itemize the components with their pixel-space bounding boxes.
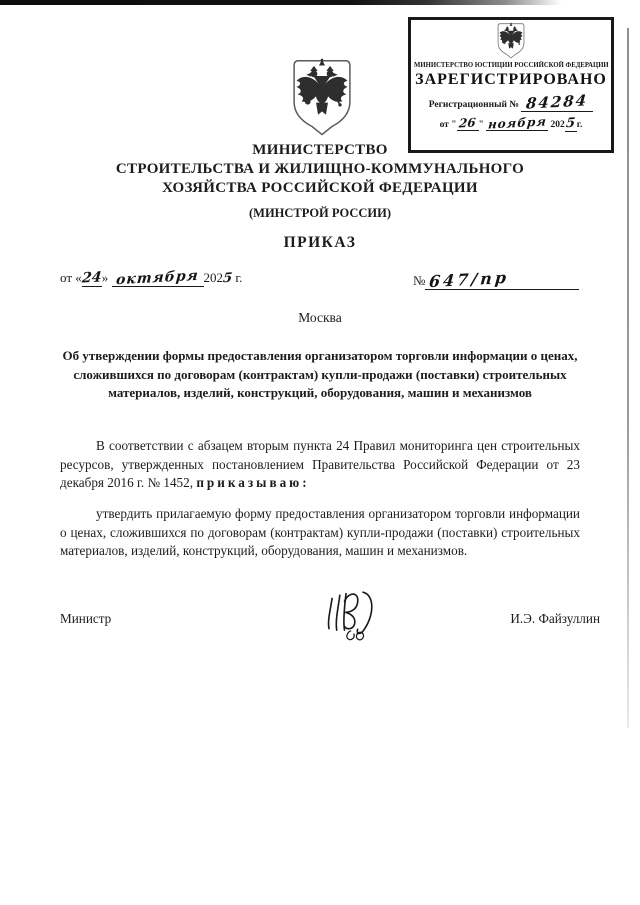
- handwritten-signature-icon: [316, 586, 390, 648]
- stamp-date-month: ноября: [487, 114, 547, 131]
- stamp-regnumber-label: Регистрационный №: [429, 100, 519, 110]
- federal-eagle-emblem-icon: [291, 56, 353, 140]
- ministry-heading: МИНИСТЕРСТВО СТРОИТЕЛЬСТВА И ЖИЛИЩНО-КОМ…: [0, 141, 640, 198]
- doc-date-close: »: [102, 270, 109, 285]
- stamp-date-month-underline: ноября: [486, 116, 548, 131]
- doc-date-month-underline: октября: [112, 270, 204, 287]
- ministry-line-2: СТРОИТЕЛЬСТВА И ЖИЛИЩНО-КОММУНАЛЬНОГО: [0, 160, 640, 179]
- stamp-registered-label: ЗАРЕГИСТРИРОВАНО: [415, 71, 607, 89]
- doc-date-suffix: г.: [235, 270, 242, 285]
- doc-date-month: октября: [115, 268, 199, 288]
- stamp-date-quote-close: ": [479, 120, 484, 130]
- ministry-short-name: (МИНСТРОЙ РОССИИ): [0, 206, 640, 221]
- scan-fold-line: [627, 28, 629, 728]
- stamp-date-suffix: г.: [577, 120, 583, 130]
- stamp-date-year-digit: 5: [566, 116, 576, 132]
- document-number: №647/пр: [413, 270, 579, 290]
- paragraph-1-order-word: приказываю:: [196, 475, 309, 490]
- doc-date-year-printed: 202: [204, 270, 224, 285]
- signer-title: Министр: [60, 611, 111, 627]
- stamp-agency-name: МИНИСТЕРСТВО ЮСТИЦИИ РОССИЙСКОЙ ФЕДЕРАЦИ…: [414, 61, 609, 69]
- body-paragraph-1: В соответствии с абзацем вторым пункта 2…: [60, 437, 580, 493]
- stamp-date-line: от "26" ноября 2025г.: [440, 116, 583, 132]
- ministry-line-3: ХОЗЯЙСТВА РОССИЙСКОЙ ФЕДЕРАЦИИ: [0, 179, 640, 198]
- paragraph-1-text: В соответствии с абзацем вторым пункта 2…: [60, 438, 580, 490]
- document-subject: Об утверждении формы предоставления орга…: [47, 347, 593, 403]
- doc-number-label: №: [413, 273, 425, 288]
- justice-registration-stamp: МИНИСТЕРСТВО ЮСТИЦИИ РОССИЙСКОЙ ФЕДЕРАЦИ…: [408, 17, 614, 153]
- document-meta-row: от «24» октября2025 г. №647/пр: [60, 270, 590, 296]
- doc-date-prefix: от «: [60, 270, 82, 285]
- doc-number-value: 647/пр: [429, 268, 511, 291]
- ministry-line-1: МИНИСТЕРСТВО: [0, 141, 640, 160]
- stamp-date-year-underline: 5: [565, 116, 577, 132]
- stamp-regnumber-value: 84284: [525, 91, 589, 112]
- document-date: от «24» октября2025 г.: [60, 270, 242, 287]
- stamp-date-day: 26: [459, 116, 477, 131]
- document-city: Москва: [0, 310, 640, 326]
- body-paragraph-2: утвердить прилагаемую форму предоставлен…: [60, 505, 580, 561]
- stamp-date-day-underline: 26: [457, 116, 479, 131]
- stamp-date-year-printed: 202: [551, 120, 565, 130]
- document-type-title: ПРИКАЗ: [0, 234, 640, 252]
- scan-edge-band: [0, 0, 562, 5]
- doc-date-year-digit: 5: [222, 271, 232, 287]
- stamp-regnumber-underline: 84284: [521, 93, 593, 112]
- stamp-registration-number-line: Регистрационный № 84284: [429, 93, 594, 112]
- document-page: МИНИСТЕРСТВО ЮСТИЦИИ РОССИЙСКОЙ ФЕДЕРАЦИ…: [0, 0, 640, 905]
- doc-date-day-underline: 24: [82, 270, 102, 287]
- signer-name: И.Э. Файзуллин: [510, 611, 600, 627]
- doc-number-underline: 647/пр: [425, 270, 579, 290]
- justice-eagle-emblem-icon: [488, 22, 534, 60]
- doc-date-day: 24: [81, 269, 102, 286]
- stamp-date-prefix: от: [440, 120, 449, 130]
